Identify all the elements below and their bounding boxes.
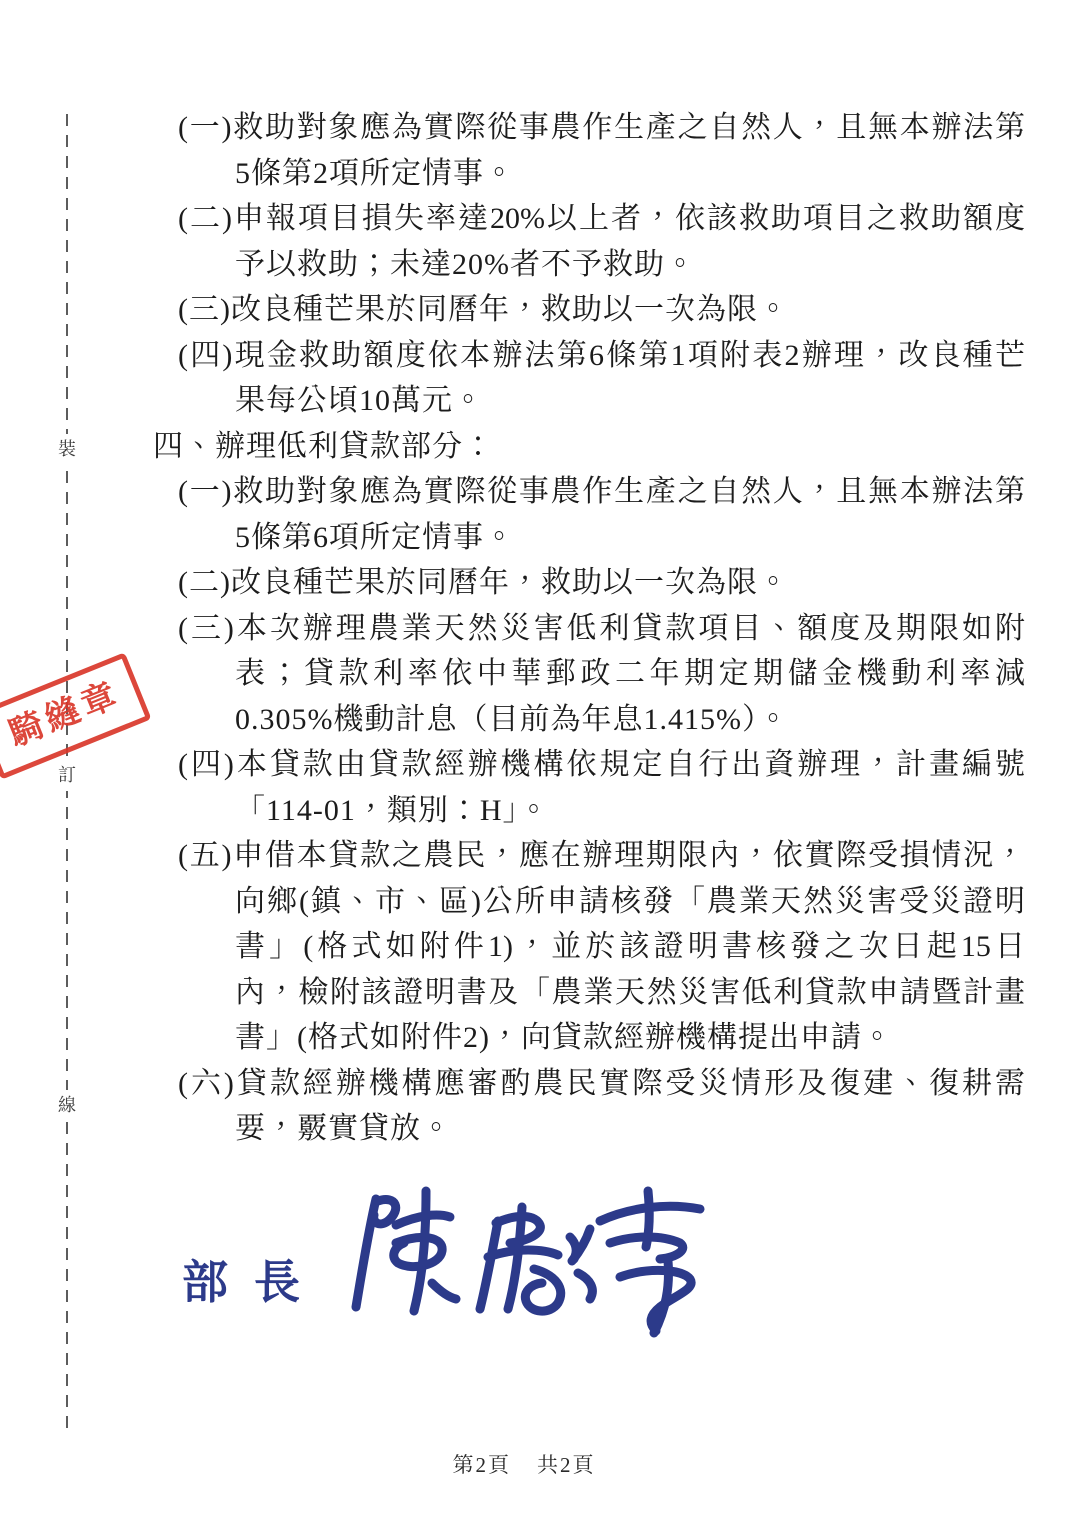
signature-name: 陳駿季 [0,0,1,1]
document-line: (四)現金救助額度依本辦法第6條第1項附表2辦理，改良種芒 [178,333,1025,379]
document-line: (五)申借本貸款之農民，應在辦理期限內，依實際受損情況， [178,833,1025,879]
document-line: (三)本次辦理農業天然災害低利貸款項目、額度及期限如附 [178,606,1025,652]
document-line: 書」(格式如附件1)，並於該證明書核發之次日起15日 [235,924,1025,970]
document-line: 5條第2項所定情事。 [235,151,1075,197]
minister-title: 部長 [182,1246,326,1312]
document-line: 要，覈實貸放。 [235,1106,1075,1152]
document-line: 5條第6項所定情事。 [235,515,1075,561]
minister-signature-icon [338,1185,728,1345]
document-line: 表；貸款利率依中華郵政二年期定期儲金機動利率減 [235,651,1025,697]
document-body: (一)救助對象應為實際從事農作生產之自然人，且無本辦法第5條第2項所定情事。(二… [0,105,1075,1152]
document-line: (四)本貸款由貸款經辦機構依規定自行出資辦理，計畫編號 [178,742,1025,788]
document-line: 果每公頃10萬元。 [235,378,1075,424]
document-line: (一)救助對象應為實際從事農作生產之自然人，且無本辦法第 [178,105,1025,151]
document-line: (六)貸款經辦機構應審酌農民實際受災情形及復建、復耕需 [178,1061,1025,1107]
document-line: (二)申報項目損失率達20%以上者，依該救助項目之救助額度 [178,196,1025,242]
document-line: 「114-01，類別：H」。 [235,788,1075,834]
document-line: 予以救助；未達20%者不予救助。 [235,242,1075,288]
document-line: 四、辦理低利貸款部分： [153,424,1075,470]
document-line: 內，檢附該證明書及「農業天然災害低利貸款申請暨計畫 [235,970,1025,1016]
document-line: (一)救助對象應為實際從事農作生產之自然人，且無本辦法第 [178,469,1025,515]
document-line: 向鄉(鎮、市、區)公所申請核發「農業天然災害受災證明 [235,879,1025,925]
page-footer: 第2頁共2頁 [0,1449,1048,1479]
document-line: 0.305%機動計息（目前為年息1.415%）。 [235,697,1075,743]
document-page: 裝 訂 線 騎縫章 (一)救助對象應為實際從事農作生產之自然人，且無本辦法第5條… [0,0,1075,1523]
document-line: (三)改良種芒果於同曆年，救助以一次為限。 [178,287,1075,333]
document-line: (二)改良種芒果於同曆年，救助以一次為限。 [178,560,1075,606]
page-number: 第2頁 [453,1453,512,1477]
document-line: 書」(格式如附件2)，向貸款經辦機構提出申請。 [235,1015,1075,1061]
page-total: 共2頁 [537,1453,596,1477]
